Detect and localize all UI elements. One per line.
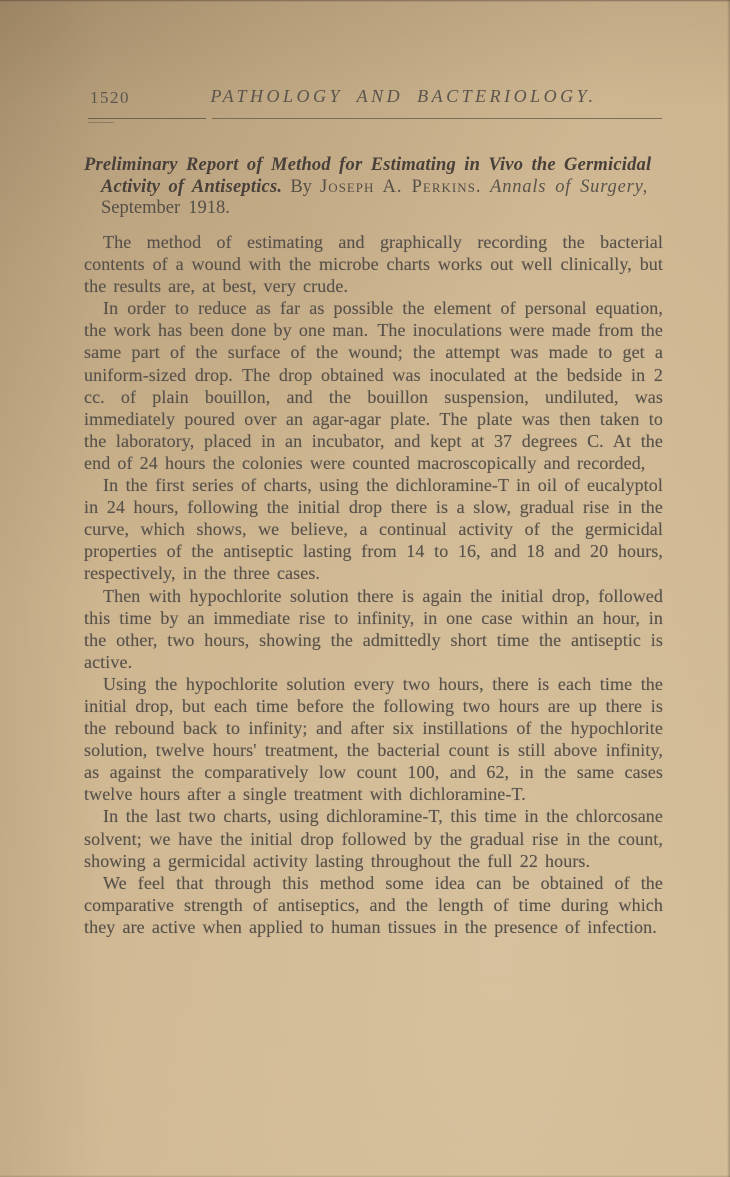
header-rule-underdash [88, 122, 114, 123]
paragraph: Then with hypochlorite solution there is… [84, 585, 663, 673]
journal-date: September 1918. [101, 198, 230, 218]
running-header-title: PATHOLOGY AND BACTERIOLOGY. [144, 86, 663, 107]
article-heading: Preliminary Report of Method for Estimat… [84, 155, 680, 220]
paragraph: In order to reduce as far as possible th… [84, 297, 663, 474]
header-rule [84, 118, 663, 124]
article-body: The method of estimating and graphically… [84, 231, 663, 938]
page-number: 1520 [90, 88, 130, 108]
article-author: Joseph A. Perkins. [320, 177, 481, 197]
scanned-book-page: 1520 PATHOLOGY AND BACTERIOLOGY. Prelimi… [0, 0, 730, 1177]
paragraph: In the last two charts, using dichlorami… [84, 805, 663, 871]
paragraph: We feel that through this method some id… [84, 872, 663, 938]
paragraph: The method of estimating and graphically… [84, 231, 663, 297]
paragraph: In the first series of charts, using the… [84, 474, 663, 584]
header-rule-segment-left [88, 118, 206, 119]
journal-name: Annals of Surgery, [482, 177, 649, 197]
byline-prefix: By [282, 177, 320, 197]
running-header: 1520 PATHOLOGY AND BACTERIOLOGY. [84, 86, 663, 108]
header-rule-segment-right [212, 118, 662, 119]
paragraph: Using the hypochlorite solution every tw… [84, 673, 663, 806]
